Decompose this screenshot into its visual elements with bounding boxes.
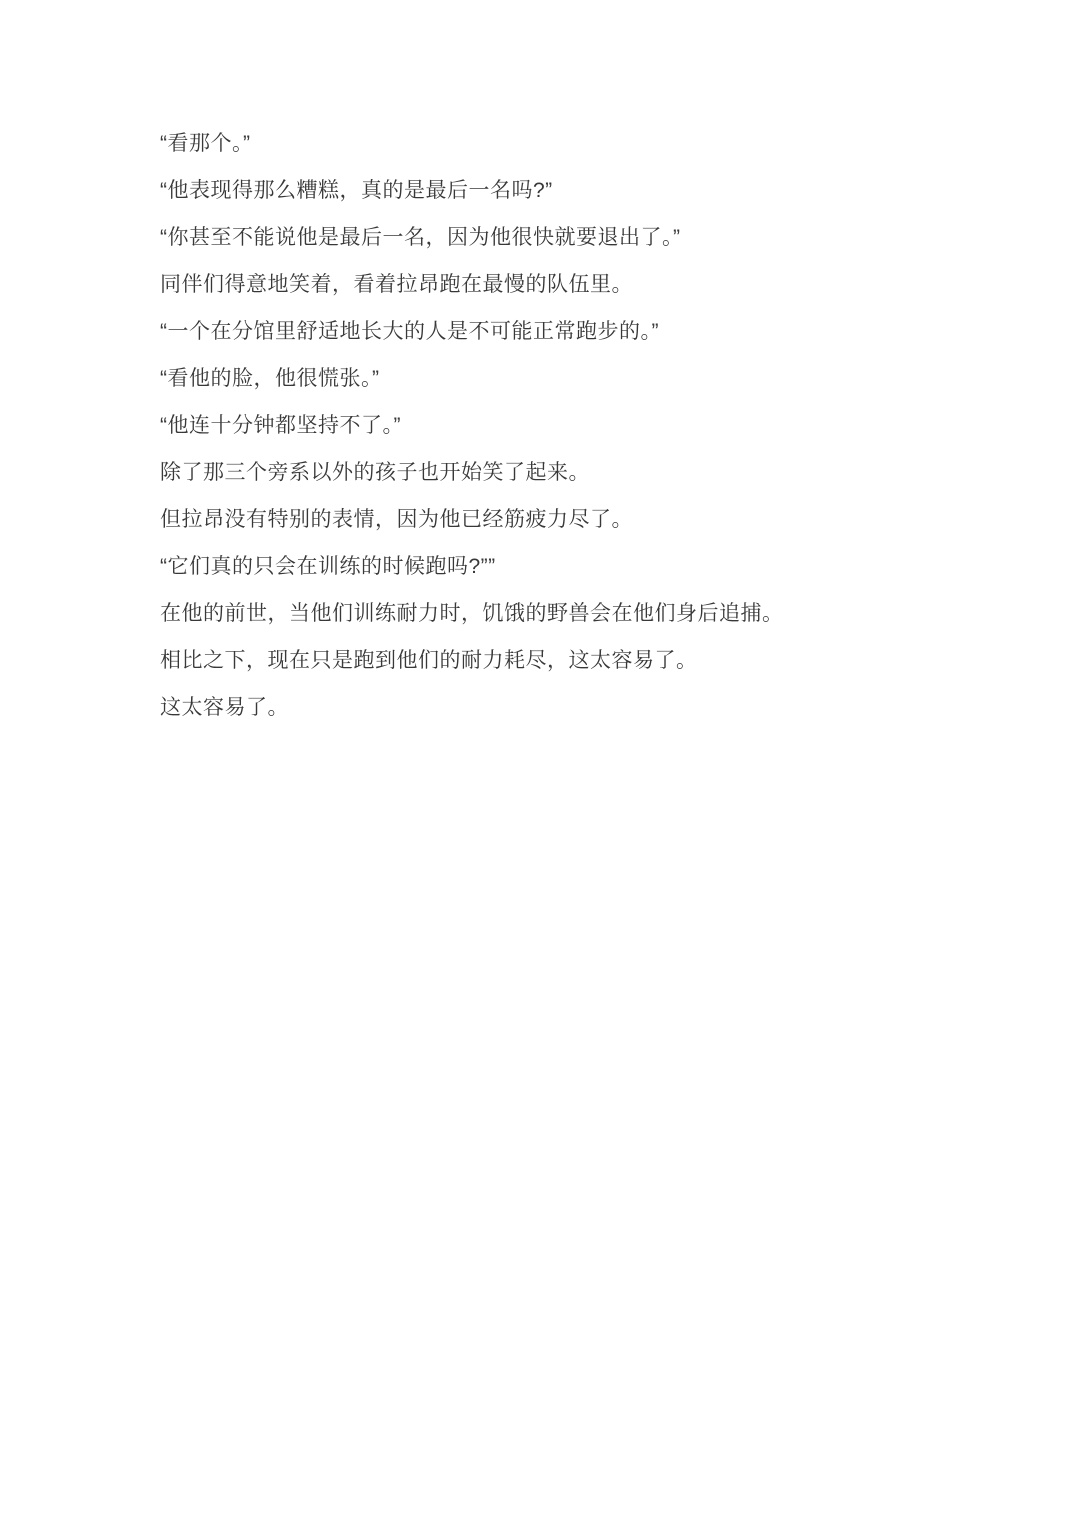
document-page: “看那个。”“他表现得那么糟糕，真的是最后一名吗?”“你甚至不能说他是最后一名，… xyxy=(0,0,1074,1519)
paragraph-line: 这太容易了。 xyxy=(160,684,974,731)
paragraph-line: 同伴们得意地笑着，看着拉昂跑在最慢的队伍里。 xyxy=(160,261,974,308)
text-content: “看那个。”“他表现得那么糟糕，真的是最后一名吗?”“你甚至不能说他是最后一名，… xyxy=(160,120,974,731)
paragraph-line: 在他的前世，当他们训练耐力时，饥饿的野兽会在他们身后追捕。 xyxy=(160,590,974,637)
paragraph-line: “一个在分馆里舒适地长大的人是不可能正常跑步的。” xyxy=(160,308,974,355)
paragraph-line: “你甚至不能说他是最后一名，因为他很快就要退出了。” xyxy=(160,214,974,261)
paragraph-line: “他连十分钟都坚持不了。” xyxy=(160,402,974,449)
paragraph-line: 相比之下，现在只是跑到他们的耐力耗尽，这太容易了。 xyxy=(160,637,974,684)
paragraph-line: “看那个。” xyxy=(160,120,974,167)
paragraph-line: “它们真的只会在训练的时候跑吗?”” xyxy=(160,543,974,590)
paragraph-line: 除了那三个旁系以外的孩子也开始笑了起来。 xyxy=(160,449,974,496)
paragraph-line: “看他的脸，他很慌张。” xyxy=(160,355,974,402)
paragraph-line: 但拉昂没有特别的表情，因为他已经筋疲力尽了。 xyxy=(160,496,974,543)
paragraph-line: “他表现得那么糟糕，真的是最后一名吗?” xyxy=(160,167,974,214)
